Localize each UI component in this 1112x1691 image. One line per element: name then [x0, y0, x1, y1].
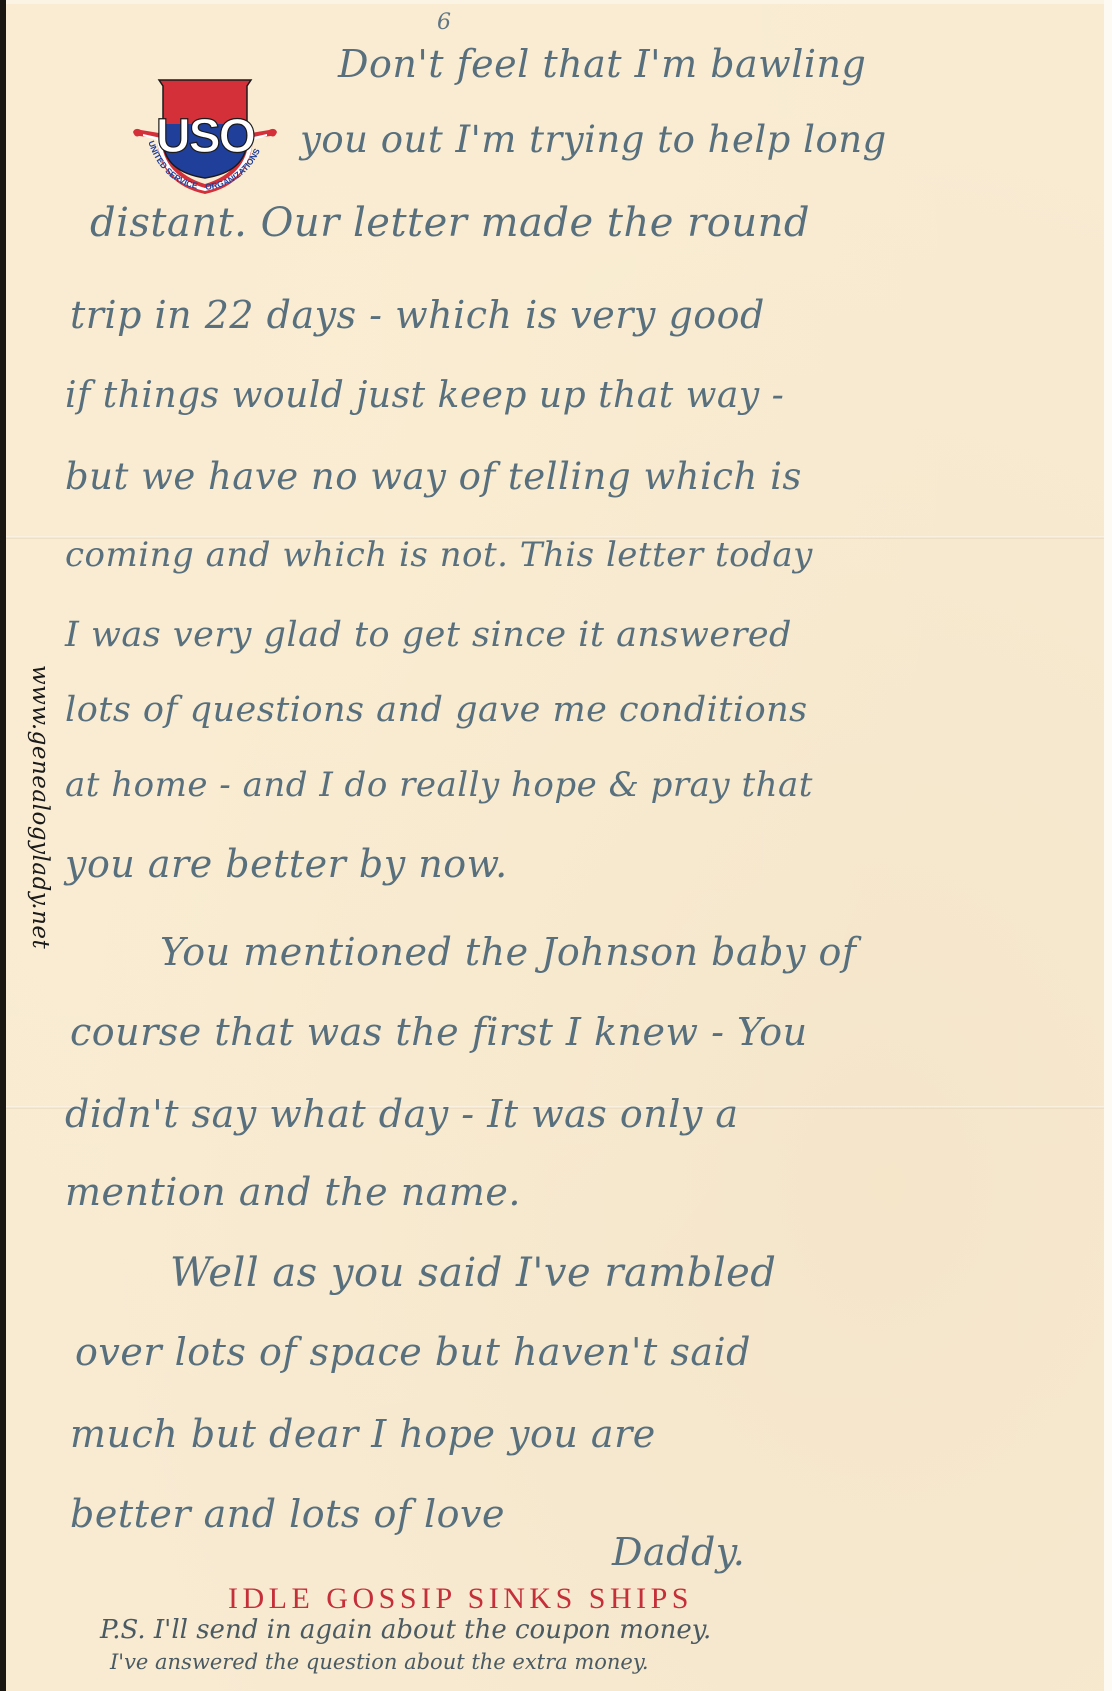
letter-line: I was very glad to get since it answered	[65, 615, 792, 655]
letter-line: mention and the name.	[65, 1170, 521, 1214]
letter-line: you out I'm trying to help long	[300, 118, 887, 161]
signature: Daddy.	[612, 1530, 745, 1574]
letter-line: at home - and I do really hope & pray th…	[65, 765, 813, 805]
letter-line: Well as you said I've rambled	[170, 1250, 776, 1296]
letter-line: much but dear I hope you are	[70, 1412, 656, 1456]
letter-line: didn't say what day - It was only a	[65, 1092, 739, 1136]
watermark-url: www.genealogylady.net	[20, 665, 60, 1005]
uso-letters: USO	[156, 110, 255, 163]
letter-line: Don't feel that I'm bawling	[338, 42, 866, 86]
letter-line: You mentioned the Johnson baby of	[160, 930, 856, 974]
scan-right-edge	[1104, 0, 1112, 1691]
page-number: 6	[437, 10, 451, 35]
letter-line: coming and which is not. This letter tod…	[65, 535, 813, 575]
letter-line: you are better by now.	[65, 842, 508, 886]
letter-line: distant. Our letter made the round	[90, 200, 810, 246]
letter-line: over lots of space but haven't said	[75, 1330, 751, 1374]
postscript-line: P.S. I'll send in again about the coupon…	[100, 1615, 711, 1645]
postscript-line: I've answered the question about the ext…	[110, 1650, 649, 1674]
footer-slogan: IDLE GOSSIP SINKS SHIPS	[228, 1582, 693, 1616]
letter-line: trip in 22 days - which is very good	[70, 293, 765, 337]
letter-line: better and lots of love	[70, 1492, 505, 1536]
letter-line: but we have no way of telling which is	[65, 455, 802, 498]
letter-line: lots of questions and gave me conditions	[65, 690, 808, 730]
uso-logo-icon: USO UNITED SERVICE ORGANIZATIONS	[125, 72, 285, 197]
letter-line: course that was the first I knew - You	[70, 1010, 808, 1054]
letter-line: if things would just keep up that way -	[65, 375, 784, 416]
